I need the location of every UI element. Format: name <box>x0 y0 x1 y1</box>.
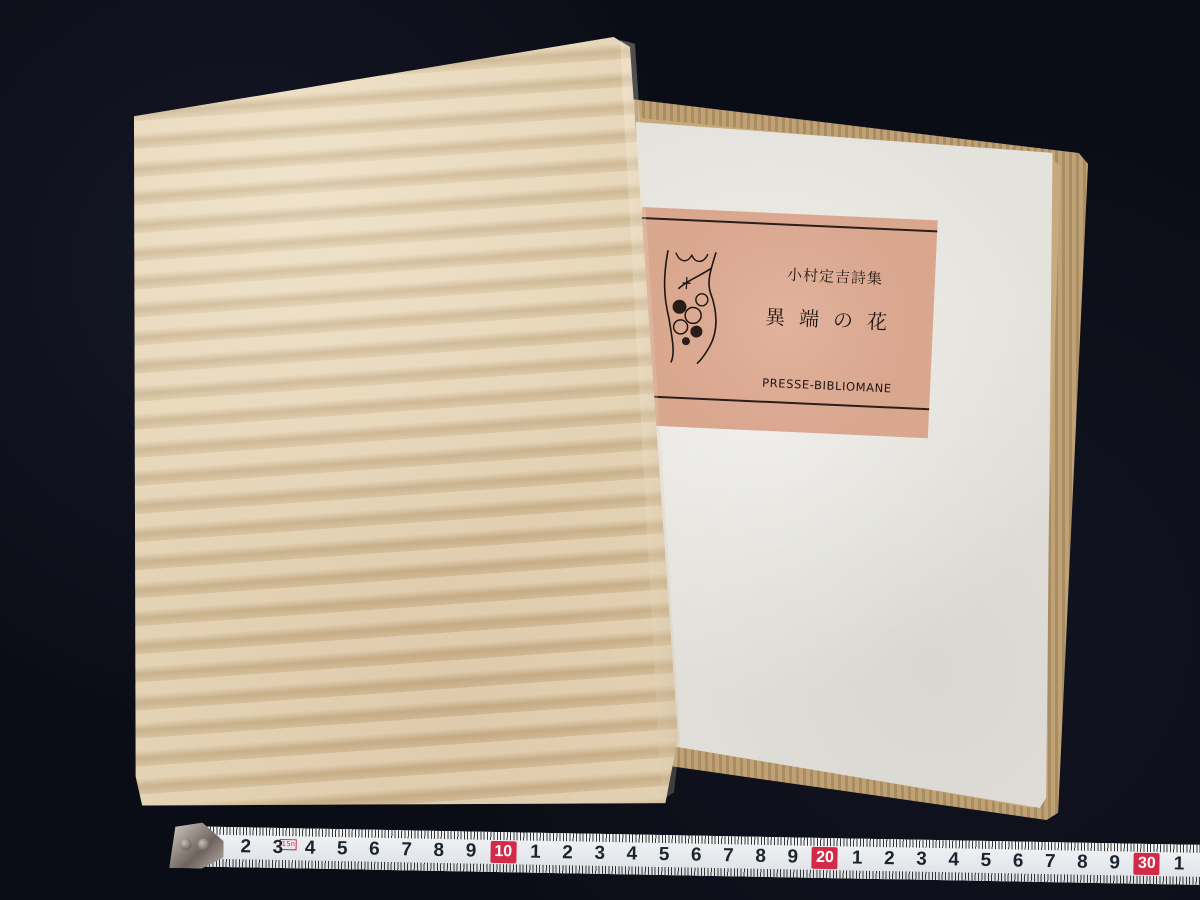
author-collection-text: 小村定吉詩集 <box>787 264 884 289</box>
ruler-mark: 7 <box>712 845 745 868</box>
label-top-rule <box>641 217 937 232</box>
ruler-mark: 4 <box>294 837 327 860</box>
ruler-mark: 2 <box>229 836 262 859</box>
ruler-mark: 3 <box>583 843 616 866</box>
ruler-mark: 7 <box>390 839 423 862</box>
ruler-mark: 1 <box>519 841 552 864</box>
ruler-mark-highlight: 10 <box>490 841 516 863</box>
label-bottom-rule <box>633 395 929 410</box>
ruler-mark: 6 <box>358 838 391 861</box>
publisher-text: PRESSE-BIBLIOMANE <box>762 376 892 396</box>
ruler-mark: 2 <box>551 842 584 865</box>
ruler-mark: 6 <box>680 844 713 867</box>
ruler-mark: 8 <box>1066 851 1099 874</box>
title-label: 小村定吉詩集 異端の花 PRESSE-BIBLIOMANE <box>632 207 938 438</box>
ruler-mark: 3 <box>905 848 938 871</box>
ruler-mark-highlight: 20 <box>812 847 838 869</box>
figure-illustration-icon <box>657 248 734 367</box>
ruler-mark: 8 <box>744 846 777 869</box>
ruler-mark: 8 <box>423 840 456 863</box>
ruler-mark: 3 <box>262 837 295 860</box>
ruler-mark: 9 <box>455 840 488 863</box>
ruler-mark: 6 <box>1002 850 1035 873</box>
ruler-mark: 7 <box>1034 851 1067 874</box>
ruler-mark: 4 <box>937 849 970 872</box>
photo-scene: 小村定吉詩集 異端の花 PRESSE-BIBLIOMANE 15n 2 3 4 … <box>0 0 1200 900</box>
ruler-mark: 9 <box>1098 852 1131 875</box>
ruler-mark: 5 <box>970 850 1003 873</box>
ruler-mark: 2 <box>1195 854 1200 877</box>
ruler-mark-highlight: 30 <box>1134 853 1160 875</box>
ruler-mark: 9 <box>777 846 810 869</box>
ruler-mark: 1 <box>841 847 874 870</box>
book-title-text: 異端の花 <box>765 301 902 336</box>
corrugated-slipcase <box>134 37 679 807</box>
ruler-mark: 4 <box>616 843 649 866</box>
ruler-mark: 1 <box>1163 853 1196 876</box>
ruler-mark: 2 <box>873 848 906 871</box>
tape-measure: 15n 2 3 4 5 6 7 8 9 10 1 2 3 4 5 6 7 8 9… <box>169 826 1200 887</box>
ruler-mark: 5 <box>648 844 681 867</box>
ruler-mark: 5 <box>326 838 359 861</box>
